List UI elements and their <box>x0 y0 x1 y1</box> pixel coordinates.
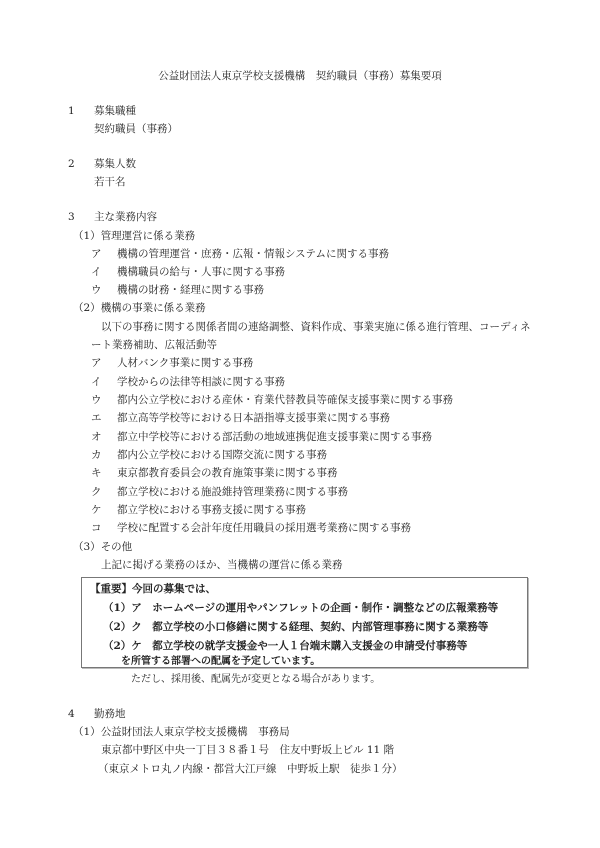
subsection-heading-text: 管理運営に係る業務 <box>101 230 196 242</box>
section-number: 1 <box>68 104 94 118</box>
subsection-heading-text: 機構の事業に係る業務 <box>101 302 206 314</box>
item-mark: ケ <box>91 503 117 517</box>
item-text: 機構の財務・経理に関する事務 <box>117 284 264 296</box>
notice-conclusion: を所管する部署への配属を予定しています。 <box>121 655 320 669</box>
item-text: 学校からの法律等相談に関する事務 <box>117 376 285 388</box>
item-mark: キ <box>91 466 117 480</box>
section-heading-text: 募集職種 <box>94 105 136 117</box>
location-access: （東京メトロ丸ノ内線・都営大江戸線 中野坂上駅 徒歩１分） <box>98 762 403 776</box>
item-mark: ア <box>91 247 117 261</box>
subsection-2-intro-cont: ート業務補助、広報活動等 <box>91 338 217 352</box>
list-item: コ学校に配置する会計年度任用職員の採用選考業務に関する事務 <box>91 521 411 535</box>
list-item: ウ都内公立学校における産休・育業代替教員等確保支援事業に関する事務 <box>91 393 453 407</box>
item-mark: ウ <box>91 393 117 407</box>
item-text: 都立学校における事務支援に関する事務 <box>117 504 306 516</box>
list-item: ク都立学校における施設維持管理業務に関する事務 <box>91 485 348 499</box>
section-1-heading: 1募集職種 <box>68 104 136 118</box>
item-text: 都内公立学校における国際交流に関する事務 <box>117 449 327 461</box>
list-item: エ都立高等学校等における日本語指導支援事業に関する事務 <box>91 411 390 425</box>
item-text: 人材バンク事業に関する事務 <box>117 357 253 369</box>
section-2-heading: 2募集人数 <box>68 157 136 171</box>
location-name: （1）公益財団法人東京学校支援機構 事務局 <box>73 725 290 739</box>
item-text: 機構の管理運営・庶務・広報・情報システムに関する事務 <box>117 248 389 260</box>
list-item: ウ機構の財務・経理に関する事務 <box>91 283 264 297</box>
subsection-2-heading: （2）機構の事業に係る業務 <box>73 301 206 315</box>
subsection-3-body: 上記に掲げる業務のほか、当機構の運営に係る業務 <box>101 558 343 572</box>
section-number: 4 <box>68 707 94 721</box>
item-mark: ア <box>91 356 117 370</box>
notice-lead: 【重要】今回の募集では、 <box>90 582 216 596</box>
notice-item: （2）ケ 都立学校の就学支援金や一人１台端末購入支援金の申請受付事務等 <box>103 639 467 653</box>
subsection-1-heading: （1）管理運営に係る業務 <box>73 229 195 243</box>
list-item: カ都内公立学校における国際交流に関する事務 <box>91 448 327 462</box>
section-2-body: 若干名 <box>94 175 126 189</box>
item-mark: イ <box>91 265 117 279</box>
location-address: 東京都中野区中央一丁目３８番１号 住友中野坂上ビル 11 階 <box>101 743 394 757</box>
section-1-body: 契約職員（事務） <box>94 122 178 136</box>
item-mark: オ <box>91 430 117 444</box>
section-heading-text: 勤務地 <box>94 708 126 720</box>
item-text: 都立学校における施設維持管理業務に関する事務 <box>117 486 348 498</box>
notice-item: （2）ク 都立学校の小口修繕に関する経理、契約、内部管理事務に関する業務等 <box>103 620 488 634</box>
list-item: ア機構の管理運営・庶務・広報・情報システムに関する事務 <box>91 247 389 261</box>
item-text: 都内公立学校における産休・育業代替教員等確保支援事業に関する事務 <box>117 394 453 406</box>
section-number: 3 <box>68 210 94 224</box>
subsection-3-heading: （3）その他 <box>73 540 132 554</box>
item-mark: エ <box>91 411 117 425</box>
location-name-text: 公益財団法人東京学校支援機構 事務局 <box>101 726 290 738</box>
item-text: 都立高等学校等における日本語指導支援事業に関する事務 <box>117 412 390 424</box>
item-mark: カ <box>91 448 117 462</box>
item-mark: ク <box>91 485 117 499</box>
subsection-label: （2） <box>73 302 101 314</box>
list-item: オ都立中学校等における部活動の地域連携促進支援事業に関する事務 <box>91 430 432 444</box>
item-text: 学校に配置する会計年度任用職員の採用選考業務に関する事務 <box>117 522 411 534</box>
page-title: 公益財団法人東京学校支援機構 契約職員（事務）募集要項 <box>0 69 600 83</box>
notice-note: ただし、採用後、配属先が変更となる場合があります。 <box>131 673 380 687</box>
subsection-heading-text: その他 <box>101 541 133 553</box>
section-number: 2 <box>68 157 94 171</box>
list-item: ケ都立学校における事務支援に関する事務 <box>91 503 306 517</box>
section-3-heading: 3主な業務内容 <box>68 210 157 224</box>
subsection-2-intro: 以下の事務に関する関係者間の連絡調整、資料作成、事業実施に係る進行管理、コーディ… <box>101 320 531 334</box>
item-text: 東京都教育委員会の教育施策事業に関する事務 <box>117 467 338 479</box>
item-mark: ウ <box>91 283 117 297</box>
subsection-label: （3） <box>73 541 101 553</box>
item-text: 機構職員の給与・人事に関する事務 <box>117 266 285 278</box>
list-item: イ機構職員の給与・人事に関する事務 <box>91 265 285 279</box>
section-heading-text: 主な業務内容 <box>94 211 157 223</box>
item-text: 都立中学校等における部活動の地域連携促進支援事業に関する事務 <box>117 431 432 443</box>
location-label: （1） <box>73 726 101 738</box>
subsection-label: （1） <box>73 230 101 242</box>
notice-item: （1）ア ホームページの運用やパンフレットの企画・制作・調整などの広報業務等 <box>103 601 498 615</box>
section-4-heading: 4勤務地 <box>68 707 126 721</box>
list-item: ア人材バンク事業に関する事務 <box>91 356 253 370</box>
list-item: キ東京都教育委員会の教育施策事業に関する事務 <box>91 466 338 480</box>
item-mark: イ <box>91 375 117 389</box>
section-heading-text: 募集人数 <box>94 158 136 170</box>
item-mark: コ <box>91 521 117 535</box>
list-item: イ学校からの法律等相談に関する事務 <box>91 375 285 389</box>
